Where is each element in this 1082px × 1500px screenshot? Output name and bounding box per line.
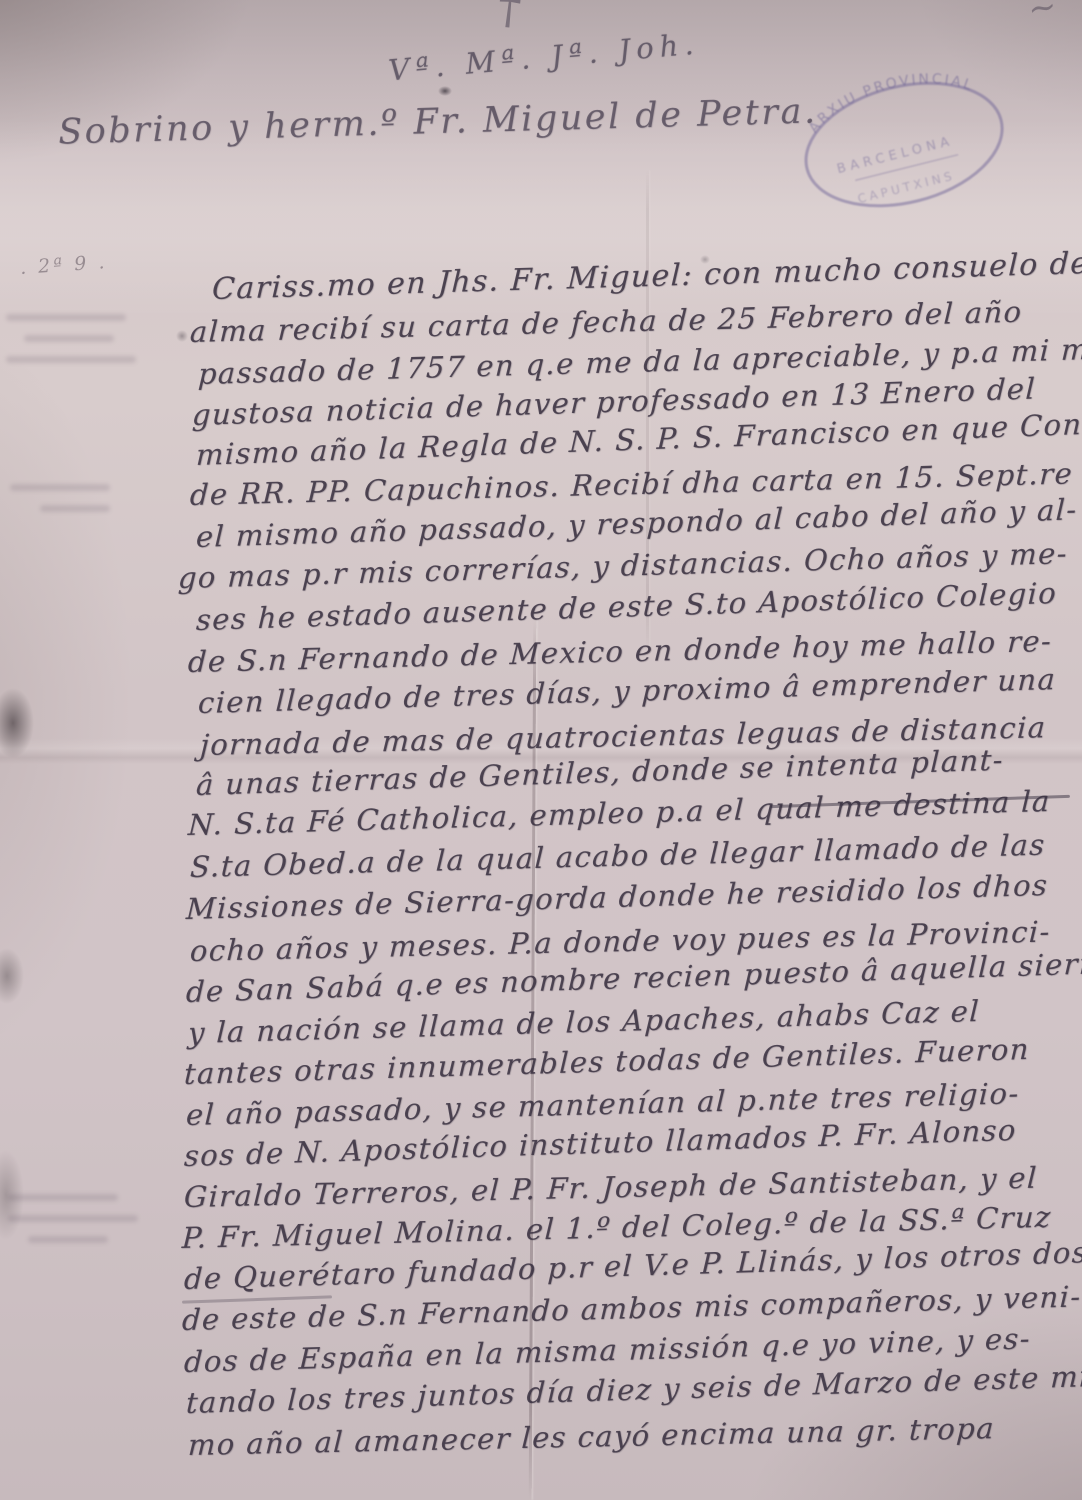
ink-blot (176, 330, 188, 342)
stamp-bottom-text: CAPUTXINS (856, 168, 956, 206)
manuscript-photo: † Vª. Mª. Jª. Joh. Sobrino y herm.º Fr. … (0, 0, 1082, 1500)
invocation-line: Vª. Mª. Jª. Joh. (387, 26, 701, 87)
stamp-arc-text: ARXIU PROVINCIAL (799, 66, 980, 139)
svg-text:ARXIU PROVINCIAL: ARXIU PROVINCIAL (799, 66, 980, 139)
cross-mark: † (495, 0, 524, 35)
margin-note: . 2ª 9 . (19, 251, 108, 279)
ink-bleed-mark (8, 1180, 158, 1257)
edge-smudge (0, 688, 34, 758)
ink-blot (438, 86, 452, 96)
salutation-line: Sobrino y herm.º Fr. Miguel de Petra. (58, 91, 818, 152)
ink-bleed-mark (6, 300, 156, 377)
edge-squiggle-mark: ~ (1025, 0, 1060, 30)
archive-stamp: ARXIU PROVINCIAL BARCELONA CAPUTXINS (786, 66, 1026, 221)
ink-bleed-mark (10, 470, 150, 526)
edge-smudge (0, 1150, 24, 1240)
edge-smudge (0, 948, 24, 1004)
manuscript-line: mo año al amanecer les cayó encima una g… (187, 1411, 996, 1462)
